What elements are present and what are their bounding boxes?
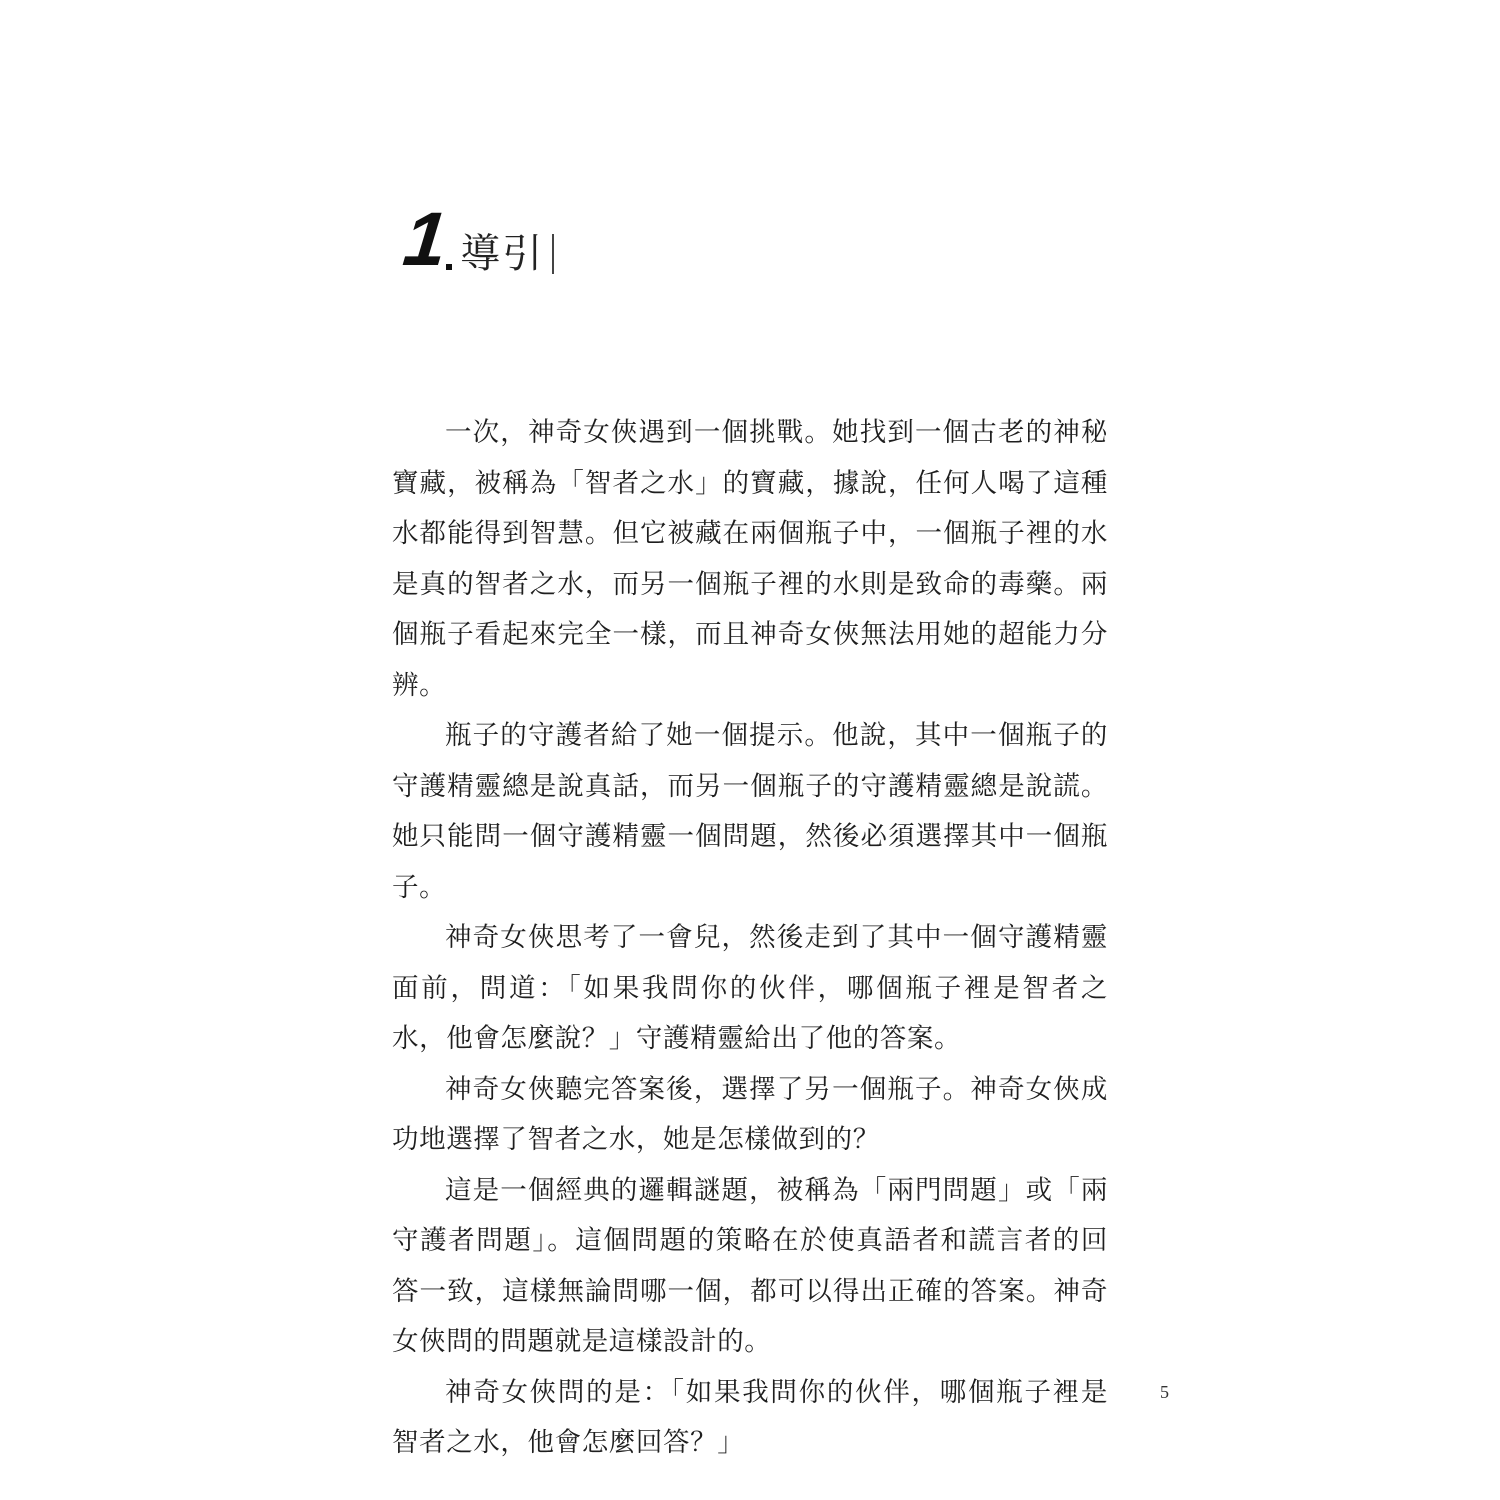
chapter-title-bar	[552, 234, 554, 274]
chapter-title: 導引	[460, 234, 544, 274]
paragraph: 瓶子的守護者給了她一個提示。他說，其中一個瓶子的守護精靈總是說真話，而另一個瓶子…	[392, 711, 1108, 913]
chapter-number-dot	[446, 264, 452, 270]
paragraph: 神奇女俠聽完答案後，選擇了另一個瓶子。神奇女俠成功地選擇了智者之水，她是怎樣做到…	[392, 1065, 1108, 1166]
page-number: 5	[1160, 1382, 1169, 1403]
paragraph: 神奇女俠思考了一會兒，然後走到了其中一個守護精靈面前，問道：「如果我問你的伙伴，…	[392, 913, 1108, 1065]
paragraph: 這是一個經典的邏輯謎題，被稱為「兩門問題」或「兩守護者問題」。這個問題的策略在於…	[392, 1166, 1108, 1368]
book-page: 1 導引 一次，神奇女俠遇到一個挑戰。她找到一個古老的神秘寶藏，被稱為「智者之水…	[0, 0, 1500, 1500]
chapter-heading: 1 導引	[404, 208, 554, 278]
chapter-number: 1	[400, 202, 448, 278]
paragraph: 一次，神奇女俠遇到一個挑戰。她找到一個古老的神秘寶藏，被稱為「智者之水」的寶藏，…	[392, 408, 1108, 711]
body-text: 一次，神奇女俠遇到一個挑戰。她找到一個古老的神秘寶藏，被稱為「智者之水」的寶藏，…	[392, 408, 1108, 1469]
paragraph: 神奇女俠問的是：「如果我問你的伙伴，哪個瓶子裡是智者之水，他會怎麼回答？」	[392, 1368, 1108, 1469]
